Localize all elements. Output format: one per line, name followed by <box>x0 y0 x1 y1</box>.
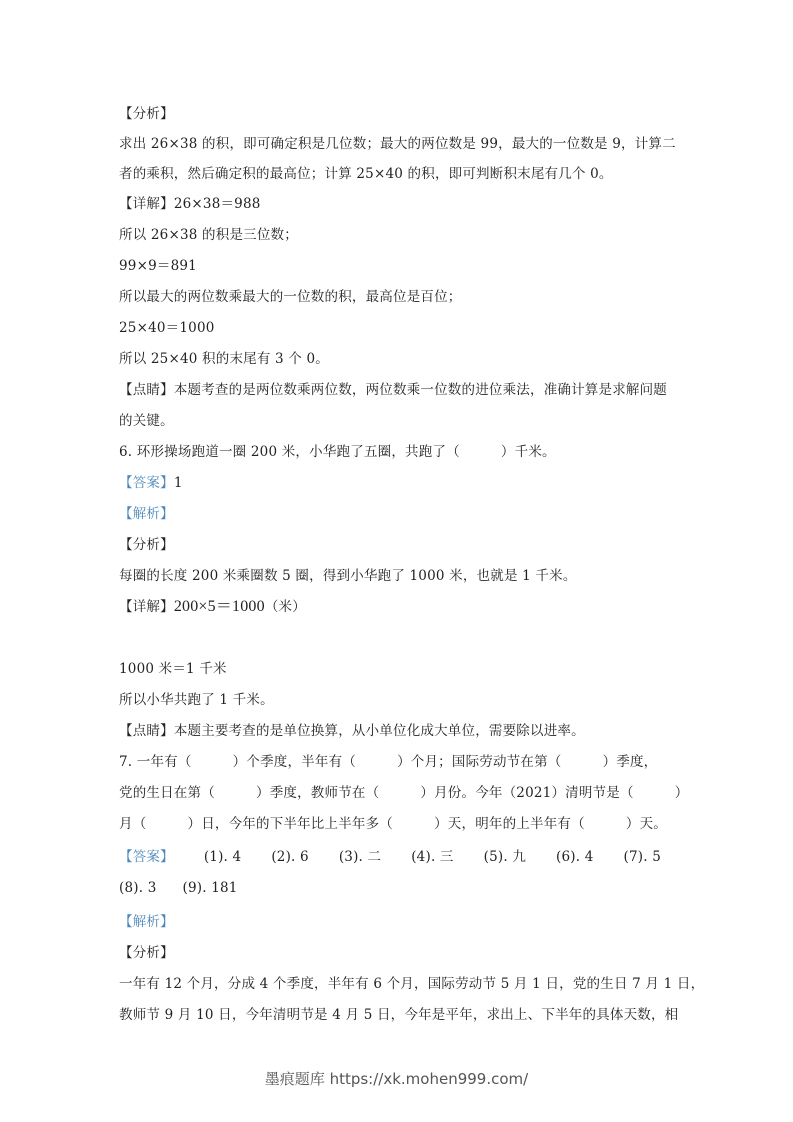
detail-text: 所以最大的两位数乘最大的一位数的积，最高位是百位； <box>119 287 462 307</box>
detail-text: 25×40＝1000 <box>119 318 215 338</box>
comment-row: 【点睛】本题考查的是两位数乘两位数，两位数乘一位数的进位乘法，准确计算是求解问题 <box>119 380 667 400</box>
comment-text: 本题考查的是两位数乘两位数，两位数乘一位数的进位乘法，准确计算是求解问题 <box>174 382 667 398</box>
comment-text: 的关键。 <box>119 411 174 431</box>
question-7-line: 党的生日在第（ ）季度，教师节在（ ）月份。今年（2021）清明节是（ ） <box>119 783 688 803</box>
answer-item: (8). 3 <box>119 880 157 896</box>
answer-item: (6). 4 <box>556 849 594 865</box>
answer-label: 【答案】 <box>119 475 174 491</box>
watermark-footer: 墨痕题库 https://xk.mohen999.com/ <box>0 1068 793 1089</box>
explain-label: 【解析】 <box>119 912 174 932</box>
analysis-label: 【分析】 <box>119 535 174 555</box>
answer-item: (7). 5 <box>624 849 662 865</box>
answer-value: 1 <box>174 475 183 491</box>
analysis-label: 【分析】 <box>119 943 174 963</box>
detail-text: 所以小华共跑了 1 千米。 <box>119 690 274 710</box>
answer-item: (5). 九 <box>484 849 526 865</box>
question-6: 6. 环形操场跑道一圈 200 米，小华跑了五圈，共跑了（ ）千米。 <box>119 442 556 462</box>
answer-row: 【答案】(1). 4(2). 6(3). 二(4). 三(5). 九(6). 4… <box>119 847 661 867</box>
comment-text: 本题主要考查的是单位换算，从小单位化成大单位，需要除以进率。 <box>174 723 585 739</box>
comment-label: 【点睛】 <box>119 723 174 739</box>
detail-text: 所以 26×38 的积是三位数； <box>119 225 298 245</box>
answer-item: (9). 181 <box>183 880 238 896</box>
detail-label: 【详解】 <box>119 599 174 615</box>
explain-label: 【解析】 <box>119 504 174 524</box>
detail-formula: 200×5＝1000 <box>174 598 265 615</box>
answer-item: (2). 6 <box>271 849 309 865</box>
detail-row: 【详解】26×38＝988 <box>119 194 261 214</box>
detail-text: 99×9＝891 <box>119 256 197 276</box>
detail-row: 【详解】200×5＝1000（米） <box>119 597 306 617</box>
detail-label: 【详解】 <box>119 196 174 212</box>
comment-row: 【点睛】本题主要考查的是单位换算，从小单位化成大单位，需要除以进率。 <box>119 721 585 741</box>
analysis-text: 者的乘积，然后确定积的最高位；计算 25×40 的积，即可判断积末尾有几个 0。 <box>119 164 613 184</box>
document-page: 【分析】 求出 26×38 的积，即可确定积是几位数；最大的两位数是 99，最大… <box>0 0 793 1122</box>
comment-label: 【点睛】 <box>119 382 174 398</box>
question-7-line: 月（ ）日，今年的下半年比上半年多（ ）天，明年的上半年有（ ）天。 <box>119 814 667 834</box>
answer-row: 【答案】1 <box>119 473 183 493</box>
analysis-heading: 【分析】 <box>119 104 174 124</box>
detail-text: 1000 米＝1 千米 <box>119 659 227 679</box>
answer-item: (1). 4 <box>204 849 242 865</box>
analysis-label: 【分析】 <box>119 106 174 122</box>
detail-text: 所以 25×40 积的末尾有 3 个 0。 <box>119 349 329 369</box>
answer-row-continued: (8). 3(9). 181 <box>119 878 238 898</box>
question-7-line: 7. 一年有（ ）个季度，半年有（ ）个月；国际劳动节在第（ ）季度， <box>119 752 657 772</box>
analysis-text: 教师节 9 月 10 日，今年清明节是 4 月 5 日，今年是平年，求出上、下半… <box>119 1005 678 1025</box>
answer-label: 【答案】 <box>119 849 174 865</box>
detail-unit: （米） <box>265 599 306 615</box>
answer-item: (4). 三 <box>411 849 453 865</box>
analysis-text: 每圈的长度 200 米乘圈数 5 圈，得到小华跑了 1000 米，也就是 1 千… <box>119 566 577 586</box>
analysis-text: 求出 26×38 的积，即可确定积是几位数；最大的两位数是 99，最大的一位数是… <box>119 134 676 154</box>
analysis-text: 一年有 12 个月，分成 4 个季度，半年有 6 个月，国际劳动节 5 月 1 … <box>119 974 704 994</box>
detail-text: 26×38＝988 <box>174 196 261 212</box>
answer-item: (3). 二 <box>339 849 381 865</box>
